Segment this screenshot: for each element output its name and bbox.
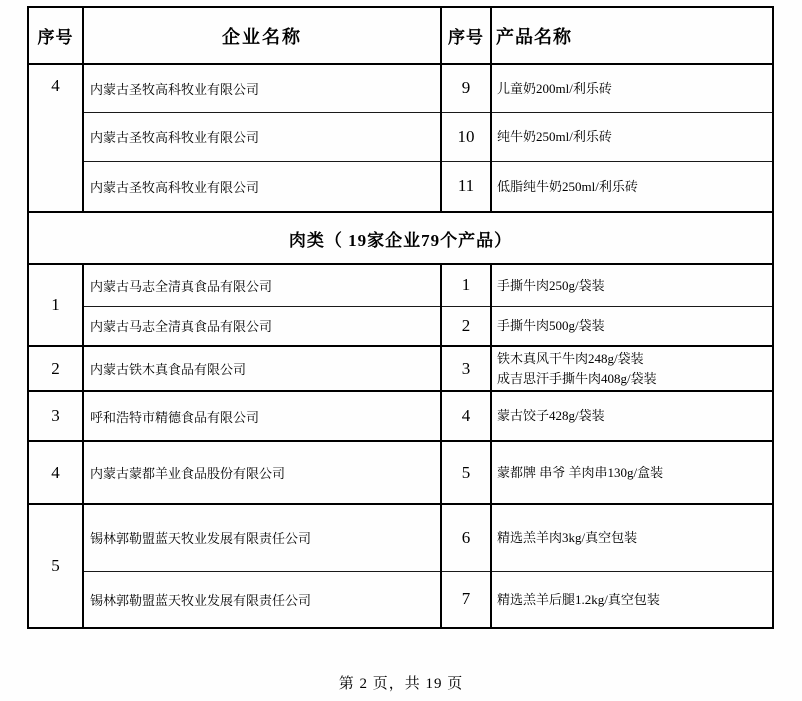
product-no-cell: 2: [441, 306, 491, 346]
product-no-cell: 6: [441, 504, 491, 571]
company-no-cell: 3: [28, 391, 83, 441]
company-no-cell: 4: [28, 441, 83, 504]
header-product-name: 产品名称: [491, 7, 773, 64]
page-number-footer: 第 2 页，共 19 页: [0, 672, 802, 693]
table-row: 5 锡林郭勒盟蓝天牧业发展有限责任公司 6 精选羔羊肉3kg/真空包装: [28, 504, 773, 571]
product-no-cell: 11: [441, 161, 491, 212]
product-cell: 蒙都牌 串爷 羊肉串130g/盒装: [491, 441, 773, 504]
company-cell: 呼和浩特市精德食品有限公司: [83, 391, 441, 441]
table-row: 锡林郭勒盟蓝天牧业发展有限责任公司 7 精选羔羊后腿1.2kg/真空包装: [28, 571, 773, 628]
table-row: 4 内蒙古圣牧高科牧业有限公司 9 儿童奶200ml/利乐砖: [28, 64, 773, 112]
table-row: 3 呼和浩特市精德食品有限公司 4 蒙古饺子428g/袋装: [28, 391, 773, 441]
company-cell: 内蒙古圣牧高科牧业有限公司: [83, 64, 441, 112]
company-cell: 锡林郭勒盟蓝天牧业发展有限责任公司: [83, 504, 441, 571]
header-seq-company: 序号: [28, 7, 83, 64]
table-row: 1 内蒙古马志全清真食品有限公司 1 手撕牛肉250g/袋装: [28, 264, 773, 306]
table-row: 2 内蒙古铁木真食品有限公司 3 铁木真风干牛肉248g/袋装 成吉思汗手撕牛肉…: [28, 346, 773, 391]
company-cell: 内蒙古马志全清真食品有限公司: [83, 306, 441, 346]
section-title: 肉类（ 19家企业79个产品）: [28, 212, 773, 264]
company-cell: 内蒙古马志全清真食品有限公司: [83, 264, 441, 306]
product-cell: 精选羔羊后腿1.2kg/真空包装: [491, 571, 773, 628]
product-no-cell: 3: [441, 346, 491, 391]
product-cell: 手撕牛肉500g/袋装: [491, 306, 773, 346]
product-cell: 铁木真风干牛肉248g/袋装 成吉思汗手撕牛肉408g/袋装: [491, 346, 773, 391]
product-no-cell: 4: [441, 391, 491, 441]
company-no-cell: 5: [28, 504, 83, 628]
table-row: 内蒙古圣牧高科牧业有限公司 10 纯牛奶250ml/利乐砖: [28, 112, 773, 161]
product-cell: 纯牛奶250ml/利乐砖: [491, 112, 773, 161]
product-list-table: 序号 企业名称 序号 产品名称 4 内蒙古圣牧高科牧业有限公司 9 儿童奶200…: [27, 6, 774, 629]
company-cell: 内蒙古铁木真食品有限公司: [83, 346, 441, 391]
header-company-name: 企业名称: [83, 7, 441, 64]
product-no-cell: 10: [441, 112, 491, 161]
product-cell: 手撕牛肉250g/袋装: [491, 264, 773, 306]
product-cell: 精选羔羊肉3kg/真空包装: [491, 504, 773, 571]
company-cell: 内蒙古圣牧高科牧业有限公司: [83, 161, 441, 212]
product-cell: 蒙古饺子428g/袋装: [491, 391, 773, 441]
header-seq-product: 序号: [441, 7, 491, 64]
table-row: 内蒙古马志全清真食品有限公司 2 手撕牛肉500g/袋装: [28, 306, 773, 346]
company-no-cell: 1: [28, 264, 83, 346]
company-cell: 内蒙古圣牧高科牧业有限公司: [83, 112, 441, 161]
product-no-cell: 7: [441, 571, 491, 628]
document-page: 序号 企业名称 序号 产品名称 4 内蒙古圣牧高科牧业有限公司 9 儿童奶200…: [0, 0, 802, 701]
product-no-cell: 5: [441, 441, 491, 504]
company-no-cell: 4: [28, 64, 83, 212]
table-row: 内蒙古圣牧高科牧业有限公司 11 低脂纯牛奶250ml/利乐砖: [28, 161, 773, 212]
company-no-cell: 2: [28, 346, 83, 391]
product-cell: 低脂纯牛奶250ml/利乐砖: [491, 161, 773, 212]
product-no-cell: 9: [441, 64, 491, 112]
company-cell: 内蒙古蒙都羊业食品股份有限公司: [83, 441, 441, 504]
table-row: 4 内蒙古蒙都羊业食品股份有限公司 5 蒙都牌 串爷 羊肉串130g/盒装: [28, 441, 773, 504]
product-no-cell: 1: [441, 264, 491, 306]
product-cell: 儿童奶200ml/利乐砖: [491, 64, 773, 112]
section-header-row: 肉类（ 19家企业79个产品）: [28, 212, 773, 264]
company-cell: 锡林郭勒盟蓝天牧业发展有限责任公司: [83, 571, 441, 628]
table-header-row: 序号 企业名称 序号 产品名称: [28, 7, 773, 64]
